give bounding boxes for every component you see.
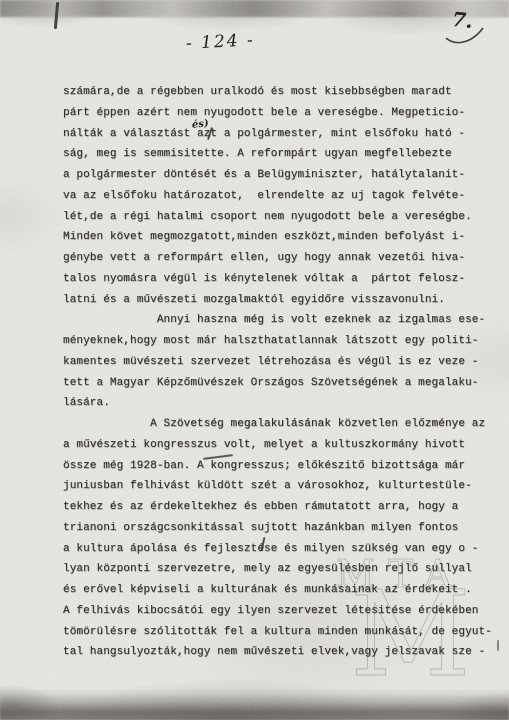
typed-line: Annyi haszna még is volt ezeknek az izga… (63, 310, 473, 331)
typed-line: A Szövetség megalakulásának közvetlen el… (63, 414, 473, 435)
typed-line: és erővel képviseli a kulturának és munk… (63, 580, 473, 601)
typed-line: ményeknek,hogy most már halszthatatlanna… (63, 331, 473, 352)
typed-line: tett a Magyar Képzőmüvészek Országos Szö… (63, 373, 473, 394)
typed-line: A felhivás kibocsátói egy ilyen szerveze… (63, 601, 473, 622)
typed-line: lét,de a régi hatalmi csoport nem nyugod… (63, 207, 473, 228)
typed-line: tömörülésre szólitották fel a kultura mi… (63, 622, 473, 643)
top-smudge-band (0, 0, 509, 17)
handwritten-page-number: - 124 - (186, 30, 256, 54)
handwritten-corner-number: 7. (451, 7, 474, 33)
typed-line: juniusban felhivást küldött szét a város… (63, 476, 473, 497)
typed-line: össze még 1928-ban. A kongresszus; előké… (63, 456, 473, 477)
typed-line: a polgármester döntését és a Belügyminis… (63, 165, 473, 186)
typed-line: párt éppen azért nem nyugodott bele a ve… (63, 103, 473, 124)
scanned-page: MTA M számára,de a régebben uralkodó és … (0, 0, 509, 720)
handwritten-insertion: és) (191, 118, 209, 131)
typed-line: számára,de a régebben uralkodó és most k… (63, 82, 473, 103)
typed-line: lyan központi szervezetre, mely az egyes… (63, 559, 473, 580)
pen-mark-right-margin (497, 640, 499, 651)
typed-line: Minden követ megmozgatott,minden eszközt… (63, 227, 473, 248)
typed-line: talos nyomásra végül is kénytelenek vólt… (63, 269, 473, 290)
typed-line: tal hangsulyozták,hogy nem művészeti elv… (63, 642, 473, 663)
typed-line: ság, meg is semmisitette. A reformpárt u… (63, 144, 473, 165)
typed-line: kamentes müvészeti szervezet létrehozása… (63, 352, 473, 373)
typed-line: génybe vett a reformpárt ellen, ugy hogy… (63, 248, 473, 269)
typed-line: trianoni országcsonkitással sujtott hazá… (63, 518, 473, 539)
typed-line: a kultura ápolása és fejlesztése és mily… (63, 539, 473, 560)
typed-line: tekhez és az érdekeltekhez és ebben rámu… (63, 497, 473, 518)
typed-line: latni és a művészeti mozgalmaktól egyidő… (63, 290, 473, 311)
bottom-smudge-band (0, 693, 509, 720)
typed-line: lására. (63, 393, 473, 414)
typed-line: a művészeti kongresszus volt, melyet a k… (63, 435, 473, 456)
typed-line: nálták a választást azt a polgármester, … (63, 124, 473, 145)
typed-text: számára,de a régebben uralkodó és most k… (63, 82, 473, 663)
typed-line: va az elsőfoku határozatot, elrendelte a… (63, 186, 473, 207)
